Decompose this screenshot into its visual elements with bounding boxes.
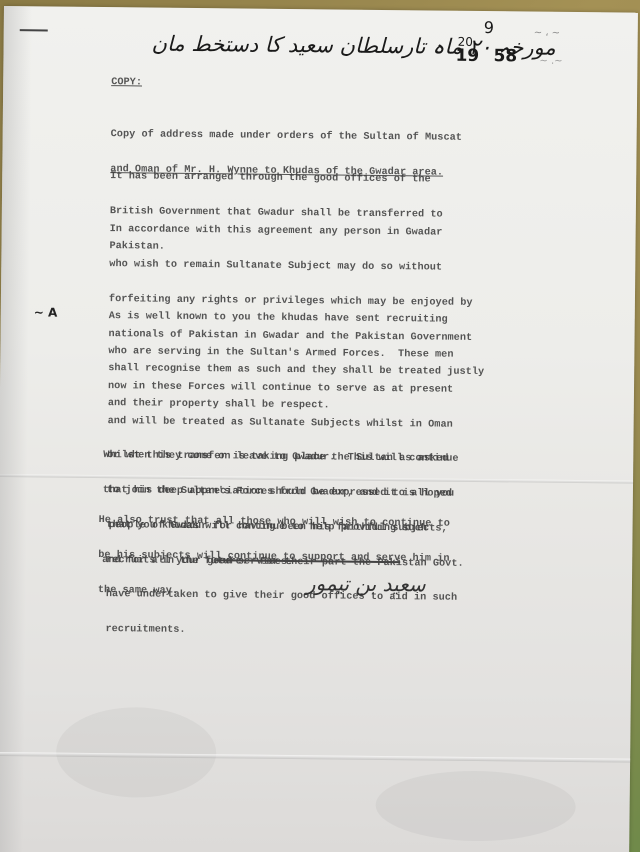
paragraph-line: who are serving in the Sultan's Armed Fo…: [108, 346, 466, 361]
date-year-part2: 58: [493, 49, 517, 63]
margin-annotation: ~ A: [34, 306, 58, 318]
paragraph: He also trust that all those who will wi…: [98, 492, 451, 623]
paper-stain: [375, 770, 576, 842]
paragraph-line: In accordance with this agreement any pe…: [110, 224, 486, 240]
corner-pen-mark: [20, 29, 48, 31]
document-page: مورخہ ۲۰ ماہ تارسلطان سعید کا دستخط مان …: [0, 6, 638, 852]
faint-pencil-note: ~ ، ~: [534, 28, 560, 39]
paper-stain: [56, 707, 217, 799]
paragraph-line: As is well known to you the khudas have …: [109, 311, 467, 326]
paragraph-line: who wish to remain Sultanate Subject may…: [109, 259, 485, 275]
date-month: 9: [484, 21, 494, 35]
paragraph-line: He also trust that all those who will wi…: [99, 515, 450, 530]
paragraph-line: now in these Forces will continue to ser…: [108, 381, 466, 396]
date-year-part1: 19: [455, 49, 479, 63]
paragraph-line: recruitments.: [105, 624, 463, 639]
paragraph-line: Whilst this transfer is taking place the…: [103, 450, 454, 465]
signature: سعید بن تیمور: [306, 571, 426, 596]
faint-pencil-note: ~ .~: [539, 56, 562, 67]
page-edge-shadow: [0, 6, 32, 852]
paragraph-line: It has been arranged through the good of…: [110, 171, 443, 186]
copy-label: COPY:: [111, 77, 142, 89]
heading-line: Copy of address made under orders of the…: [111, 129, 462, 144]
